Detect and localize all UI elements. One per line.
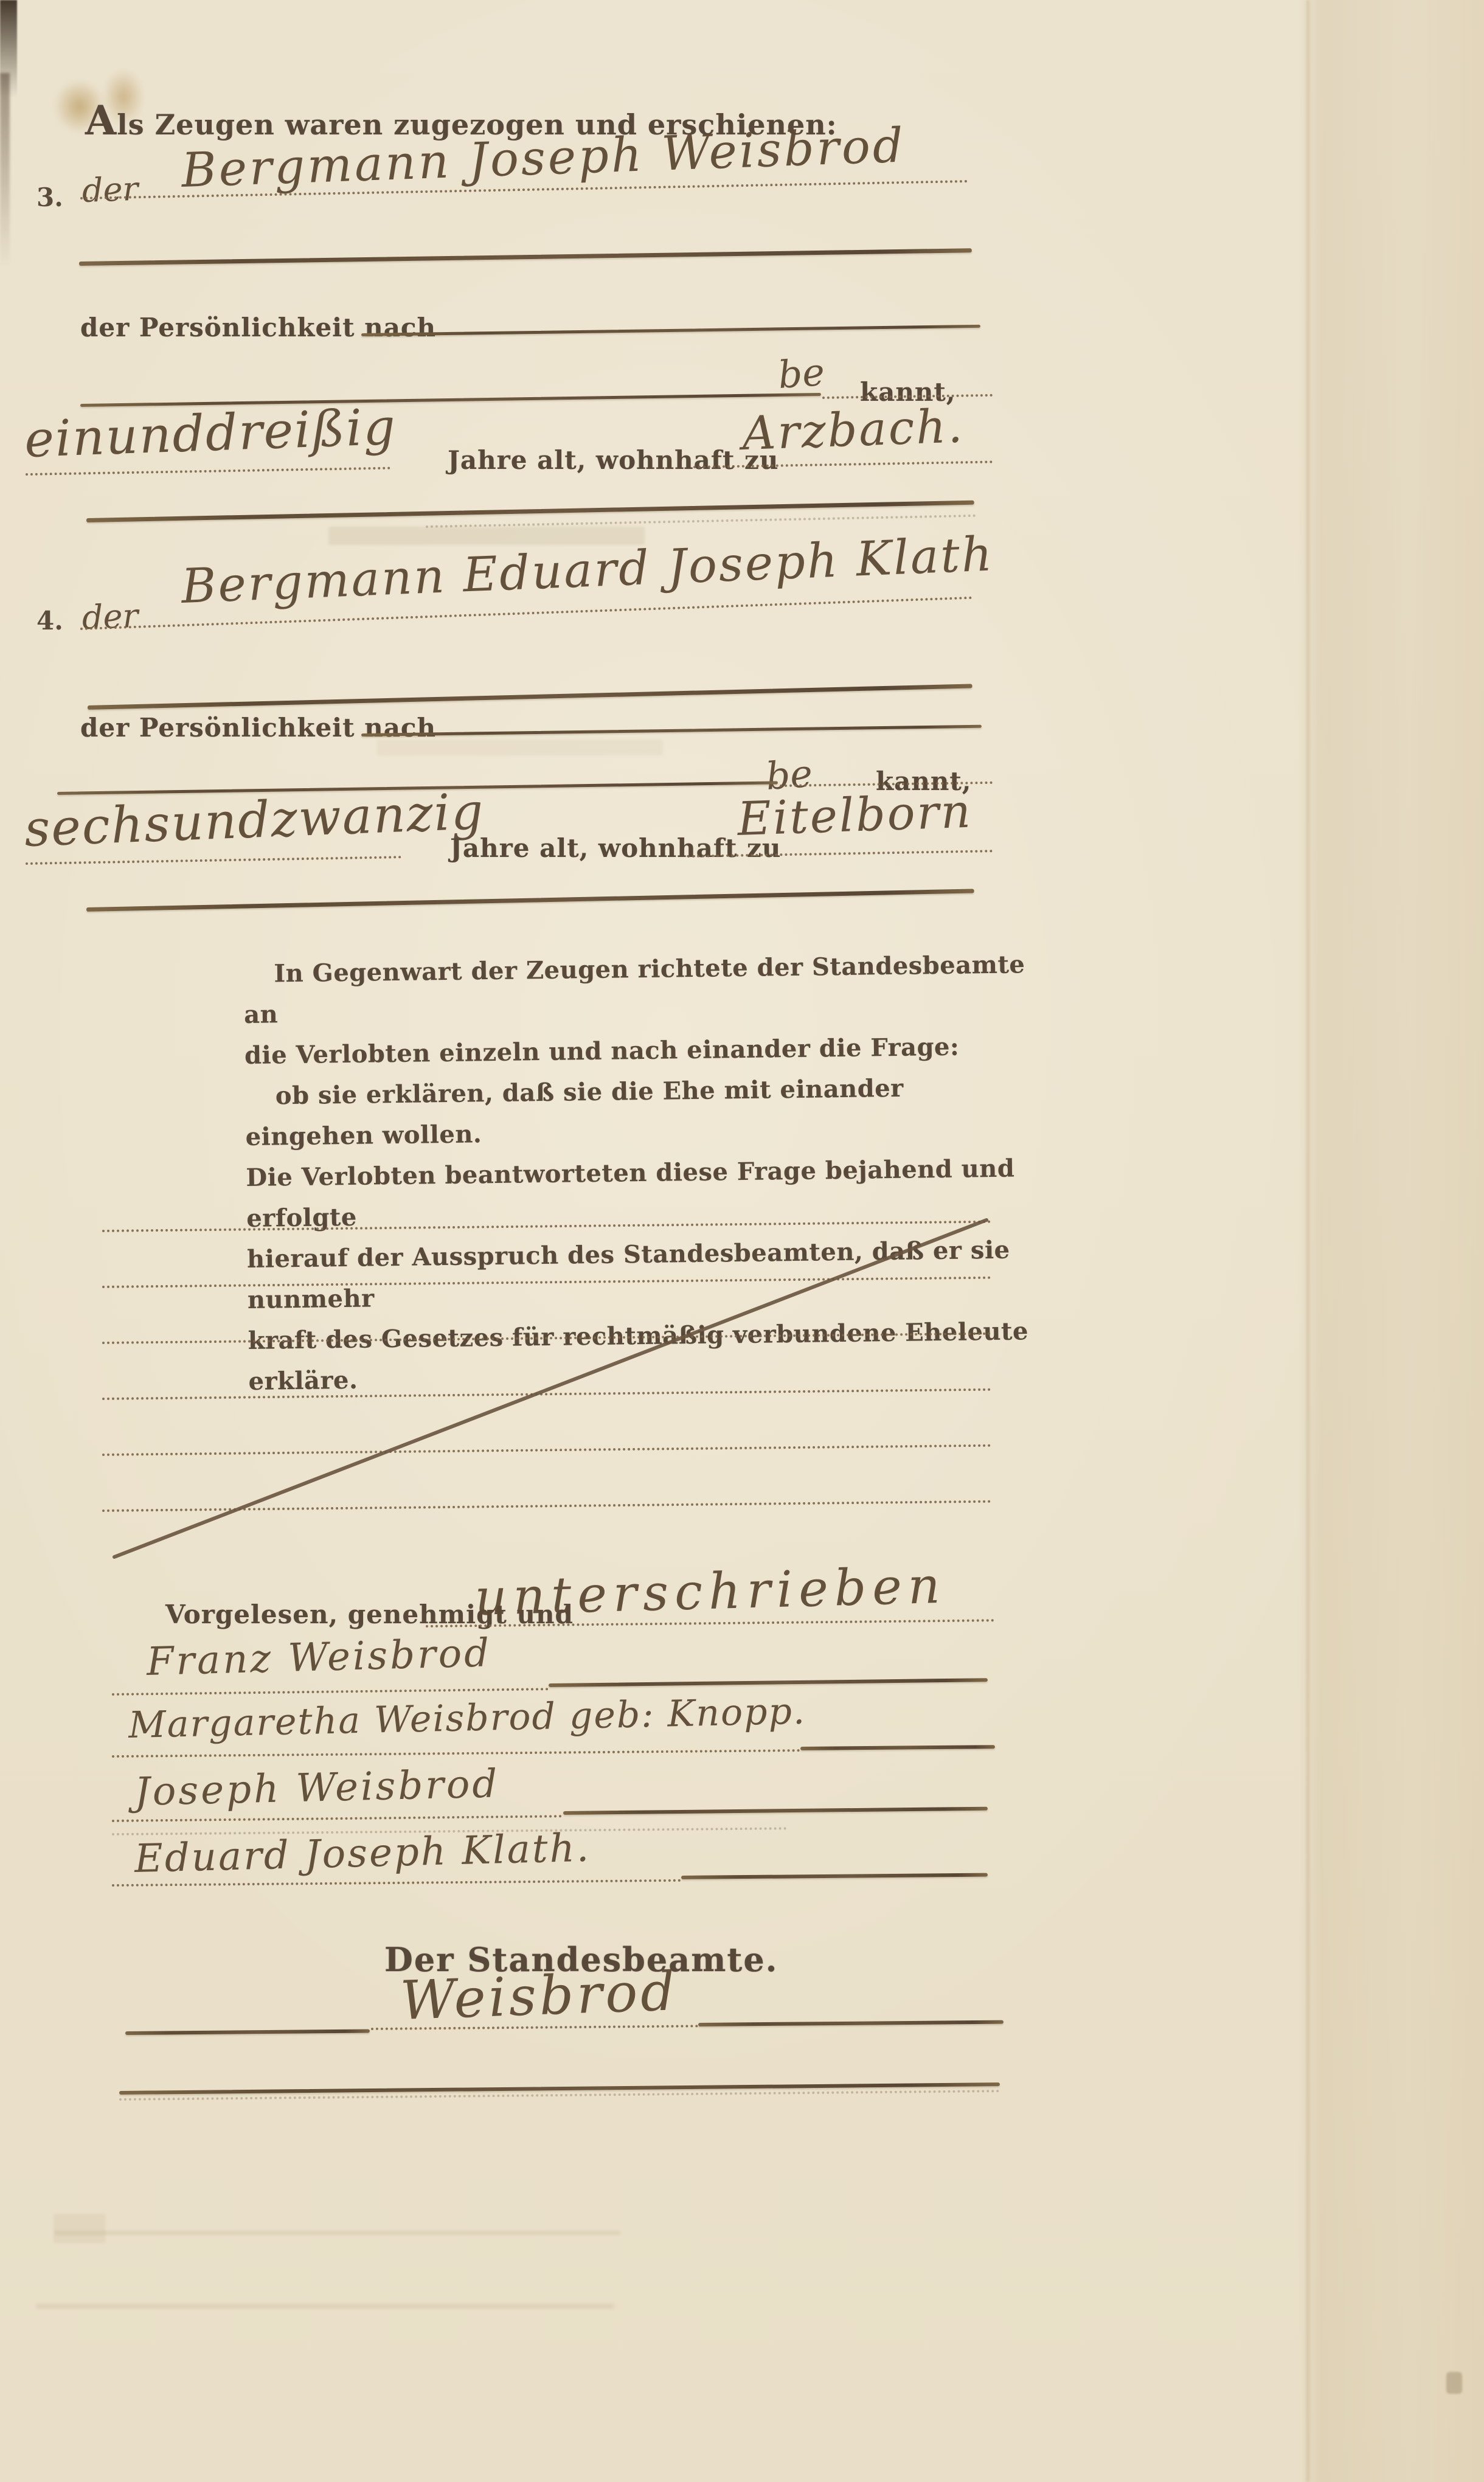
witness4-number: 4. [36,606,63,636]
signature-joseph-weisbrod: Joseph Weisbrod [134,1761,500,1815]
declaration-line: ob sie erklären, daß sie die Ehe mit ein… [244,1066,1036,1157]
pencil-mark [1446,2372,1462,2394]
dotted-line [426,515,976,528]
dotted-line [26,467,390,476]
signature-margaretha-weisbrod: Margaretha Weisbrod geb: Knopp. [128,1690,806,1747]
blank-dotted-line [102,1444,991,1456]
ruled-line [125,2029,370,2035]
closing-handwriting: unterschrieben [474,1557,947,1627]
ruled-line [563,1807,988,1815]
witness3-article-handwriting: der [81,170,139,210]
right-page-edge-line [1306,0,1309,2482]
witness3-number: 3. [36,182,63,212]
blank-dotted-line [102,1500,991,1512]
witness3-age-handwriting: einunddreißig [24,398,398,469]
ruled-line [800,1745,995,1750]
witness4-article-handwriting: der [81,597,139,637]
ruled-line [86,889,974,912]
ruled-line [549,1678,988,1687]
dotted-line [112,1749,800,1758]
witness4-age-label: Jahre alt, wohnhaft zu [450,833,781,863]
witness3-identity-label: der Persönlichkeit nach [80,313,436,342]
witness4-residence-handwriting: Eitelborn [737,784,973,846]
declaration-line: kraft des Gesetzes für rechtmäßig verbun… [248,1311,1039,1402]
ruled-line [361,325,980,336]
ruled-line [698,2020,1004,2026]
signature-franz-weisbrod: Franz Weisbrod [146,1631,492,1685]
declaration-line: hierauf der Ausspruch des Standesbeamten… [247,1229,1039,1320]
dotted-line [26,856,401,865]
ruled-line [88,684,973,710]
ruled-line [79,248,972,266]
registry-page: Als Zeugen waren zugezogen und erschiene… [0,0,1484,2482]
witness4-identity-label: der Persönlichkeit nach [80,713,436,743]
bleed-through-smudge [54,2214,105,2243]
right-page-edge-band [1298,0,1484,2482]
witness3-known-handwriting: be [777,350,826,397]
registrar-signature-handwriting: Weisbrod [399,1960,679,2032]
bleed-through-line [55,2231,620,2235]
declaration-line: In Gegenwart der Zeugen richtete der Sta… [243,944,1035,1035]
ruled-line [361,725,982,737]
dotted-line [112,1815,562,1822]
binding-shadow-left [0,73,10,268]
ruled-line [681,1873,988,1879]
bleed-through-line [36,2304,614,2309]
dotted-line [112,1879,681,1887]
witness3-residence-handwriting: Arzbach. [741,398,965,460]
witness3-age-label: Jahre alt, wohnhaft zu [448,445,778,475]
dotted-line [112,1688,549,1696]
